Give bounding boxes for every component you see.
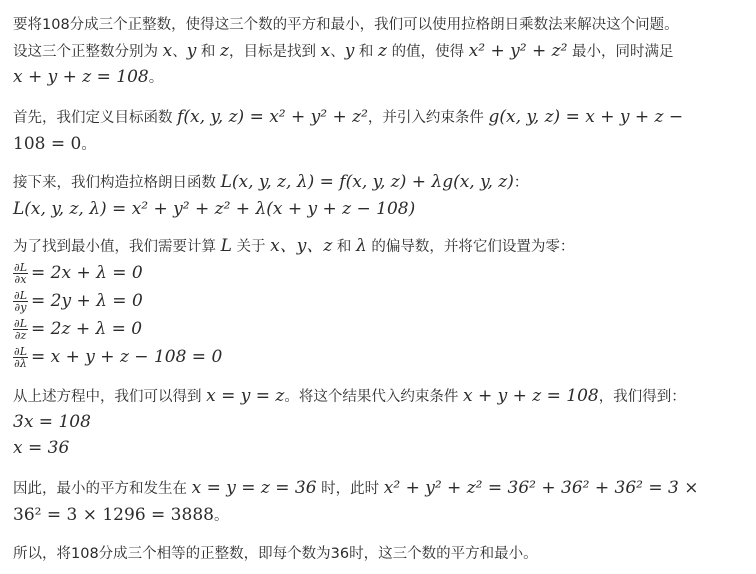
text: 、 (330, 44, 345, 60)
math-expression: 108 = 0 (13, 134, 81, 154)
p5-line3: x = 36 (13, 435, 69, 461)
text: ，并引入约束条件 (368, 110, 489, 126)
partial-derivative-z: ∂L∂z= 2z + λ = 0 (13, 315, 142, 343)
math-var: x (321, 41, 331, 61)
math-expression: x = y = z = 36 (192, 478, 317, 498)
math-expression: x = 36 (13, 438, 69, 458)
math-vars: x、y、z (270, 236, 332, 256)
p1-line3: x + y + z = 108。 (13, 64, 163, 90)
p2-line2: 108 = 0。 (13, 131, 96, 157)
math-expression: 3x = 108 (13, 412, 91, 432)
denominator: ∂y (13, 302, 28, 313)
math-var: λ (356, 236, 367, 256)
lagrangian-definition: L(x, y, z, λ) = f(x, y, z) + λg(x, y, z) (221, 172, 514, 192)
math-var: L (221, 236, 232, 256)
text: 因此，最小的平方和发生在 (13, 481, 192, 497)
text: 的值，使得 (387, 44, 469, 60)
constraint-equation: x + y + z = 108 (13, 67, 149, 87)
lagrangian-expanded: L(x, y, z, λ) = x² + y² + z² + λ(x + y +… (13, 199, 415, 219)
math-expression: x + y + z = 108 (463, 386, 599, 406)
text: ，目标是找到 (229, 44, 321, 60)
fraction: ∂L∂λ (13, 346, 28, 369)
text: 接下来，我们构造拉格朗日函数 (13, 175, 221, 191)
math-expression: x² + y² + z² = 36² + 36² + 36² = 3 × (384, 478, 699, 498)
text: ，我们得到： (599, 389, 686, 405)
p2-line1: 首先，我们定义目标函数 f(x, y, z) = x² + y² + z²，并引… (13, 104, 683, 130)
denominator: ∂x (13, 274, 28, 285)
math-var: x (163, 41, 173, 61)
conclusion-text: 所以，将108分成三个相等的正整数，即每个数为36时，这三个数的平方和最小。 (13, 546, 538, 562)
math-expression: x = y = z (206, 386, 284, 406)
p4-line1: 为了找到最小值，我们需要计算 L 关于 x、y、z 和 λ 的偏导数，并将它们设… (13, 233, 574, 259)
partial-derivative-x: ∂L∂x= 2x + λ = 0 (13, 259, 143, 287)
equation-rhs: = 2z + λ = 0 (31, 319, 142, 339)
text: 首先，我们定义目标函数 (13, 110, 177, 126)
p3-line1: 接下来，我们构造拉格朗日函数 L(x, y, z, λ) = f(x, y, z… (13, 169, 528, 195)
text: 设这三个正整数分别为 (13, 44, 163, 60)
constraint-function: g(x, y, z) = x + y + z − (489, 107, 684, 127)
math-expression: 36² = 3 × 1296 = 3888 (13, 505, 214, 525)
text: 时，此时 (317, 481, 384, 497)
equation-rhs: = x + y + z − 108 = 0 (31, 347, 222, 367)
math-var: y (187, 41, 197, 61)
p7-line1: 所以，将108分成三个相等的正整数，即每个数为36时，这三个数的平方和最小。 (13, 541, 538, 567)
text: 。 (81, 137, 96, 153)
p3-line2: L(x, y, z, λ) = x² + y² + z² + λ(x + y +… (13, 196, 415, 222)
text: 、 (172, 44, 187, 60)
denominator: ∂λ (13, 358, 28, 369)
p1-line2: 设这三个正整数分别为 x、y 和 z，目标是找到 x、y 和 z 的值，使得 x… (13, 38, 674, 64)
p6-line2: 36² = 3 × 1296 = 3888。 (13, 502, 228, 528)
partial-derivative-lambda: ∂L∂λ= x + y + z − 108 = 0 (13, 343, 222, 371)
text: 。 (149, 70, 164, 86)
text: ： (514, 175, 529, 191)
text: 的偏导数，并将它们设置为零： (367, 239, 575, 255)
fraction: ∂L∂z (13, 318, 28, 341)
intro-text: 要将108分成三个正整数，使得这三个数的平方和最小，我们可以使用拉格朗日乘数法来… (13, 17, 679, 33)
math-var: z (378, 41, 387, 61)
partial-derivative-y: ∂L∂y= 2y + λ = 0 (13, 287, 143, 315)
denominator: ∂z (13, 330, 28, 341)
text: 关于 (232, 239, 270, 255)
p1-line1: 要将108分成三个正整数，使得这三个数的平方和最小，我们可以使用拉格朗日乘数法来… (13, 12, 679, 38)
text: 。将这个结果代入约束条件 (284, 389, 463, 405)
objective-function: f(x, y, z) = x² + y² + z² (177, 107, 368, 127)
equation-rhs: = 2x + λ = 0 (31, 263, 143, 283)
math-var: z (220, 41, 229, 61)
math-expression: x² + y² + z² (469, 41, 568, 61)
p5-line1: 从上述方程中，我们可以得到 x = y = z。将这个结果代入约束条件 x + … (13, 383, 686, 409)
text: 为了找到最小值，我们需要计算 (13, 239, 221, 255)
text: 最小，同时满足 (567, 44, 673, 60)
fraction: ∂L∂y (13, 290, 28, 313)
text: 和 (196, 44, 220, 60)
math-var: y (345, 41, 355, 61)
fraction: ∂L∂x (13, 262, 28, 285)
text: 。 (214, 508, 229, 524)
text: 从上述方程中，我们可以得到 (13, 389, 206, 405)
p5-line2: 3x = 108 (13, 409, 91, 435)
p6-line1: 因此，最小的平方和发生在 x = y = z = 36 时，此时 x² + y²… (13, 475, 698, 501)
text: 和 (332, 239, 356, 255)
text: 和 (354, 44, 378, 60)
equation-rhs: = 2y + λ = 0 (31, 291, 143, 311)
